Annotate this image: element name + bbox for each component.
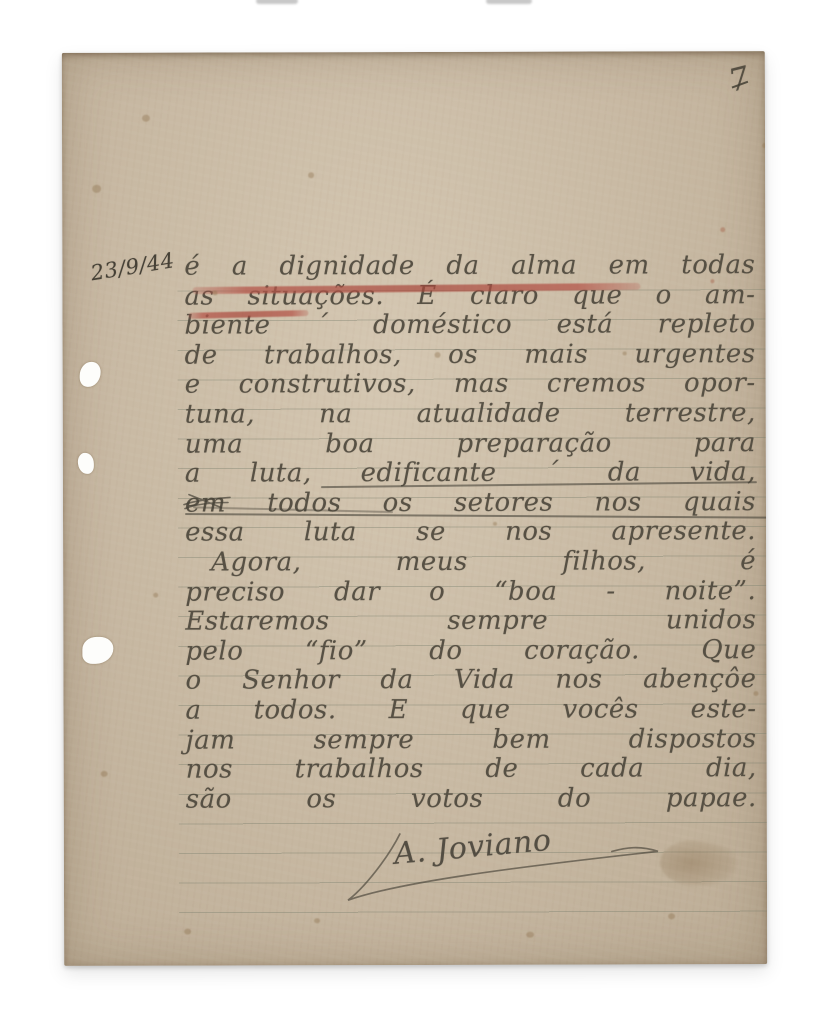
handwriting-line: e construtivos, mas cremos opor- bbox=[185, 369, 756, 400]
foxing-spot bbox=[314, 918, 320, 923]
handwriting-line: jam sempre bem dispostos bbox=[186, 725, 757, 756]
foxing-spot bbox=[526, 932, 534, 938]
handwriting-line: a todos. E que vocês este- bbox=[185, 695, 756, 726]
foxing-spot bbox=[184, 929, 191, 935]
strikethrough-scribble bbox=[181, 490, 233, 512]
foxing-spot bbox=[762, 143, 767, 148]
foxing-spot bbox=[710, 279, 714, 283]
handwriting-line: nos trabalhos de cada dia, bbox=[186, 754, 757, 785]
foxing-spot bbox=[753, 691, 758, 696]
paper-damage-hole bbox=[80, 362, 101, 387]
handwriting-line: uma boa preparação para bbox=[185, 429, 756, 460]
handwriting-line: o Senhor da Vida nos abençôe bbox=[185, 665, 756, 696]
foxing-spot bbox=[493, 522, 497, 526]
paper-damage-hole bbox=[78, 453, 94, 474]
letter-body: é a dignidade da alma em todas as situaç… bbox=[184, 251, 756, 815]
handwriting-line: essa luta se nos apresente. bbox=[185, 517, 756, 548]
foxing-spot bbox=[101, 771, 108, 777]
foxing-spot bbox=[308, 172, 314, 178]
scan-crop-mark bbox=[486, 0, 532, 4]
handwriting-line: Agora, meus filhos, é bbox=[185, 547, 756, 578]
scanned-letter-page: 7 23/9/44 é a dignidade da alma em todas… bbox=[0, 0, 828, 1024]
foxing-spot bbox=[668, 913, 675, 919]
foxing-spot bbox=[153, 593, 158, 598]
handwriting-line: pelo “fio” do coração. Que bbox=[185, 636, 756, 667]
stain-smudge bbox=[660, 839, 738, 887]
handwriting-line: são os votos do papae. bbox=[186, 784, 757, 815]
handwriting-line: é a dignidade da alma em todas bbox=[184, 251, 755, 282]
paper-damage-hole bbox=[82, 637, 113, 664]
foxing-spot bbox=[720, 227, 725, 232]
foxing-spot bbox=[212, 291, 217, 296]
scan-crop-mark bbox=[256, 0, 298, 4]
signature-flourish bbox=[340, 821, 670, 912]
letter-paper: 7 23/9/44 é a dignidade da alma em todas… bbox=[62, 51, 767, 966]
foxing-spot bbox=[623, 351, 627, 355]
handwriting-line: preciso dar o “boa - noite”. bbox=[185, 577, 756, 608]
page-number-digit: 7 bbox=[725, 60, 753, 100]
handwriting-line: tuna, na atualidade terrestre, bbox=[185, 399, 756, 430]
foxing-spot bbox=[142, 115, 150, 122]
handwriting-line: de trabalhos, os mais urgentes bbox=[185, 340, 756, 371]
foxing-spot bbox=[92, 185, 101, 193]
foxing-spot bbox=[435, 352, 441, 358]
page-number: 7 bbox=[725, 55, 767, 107]
letter-date: 23/9/44 bbox=[89, 248, 176, 285]
handwriting-line: Estaremos sempre unidos bbox=[185, 606, 756, 637]
